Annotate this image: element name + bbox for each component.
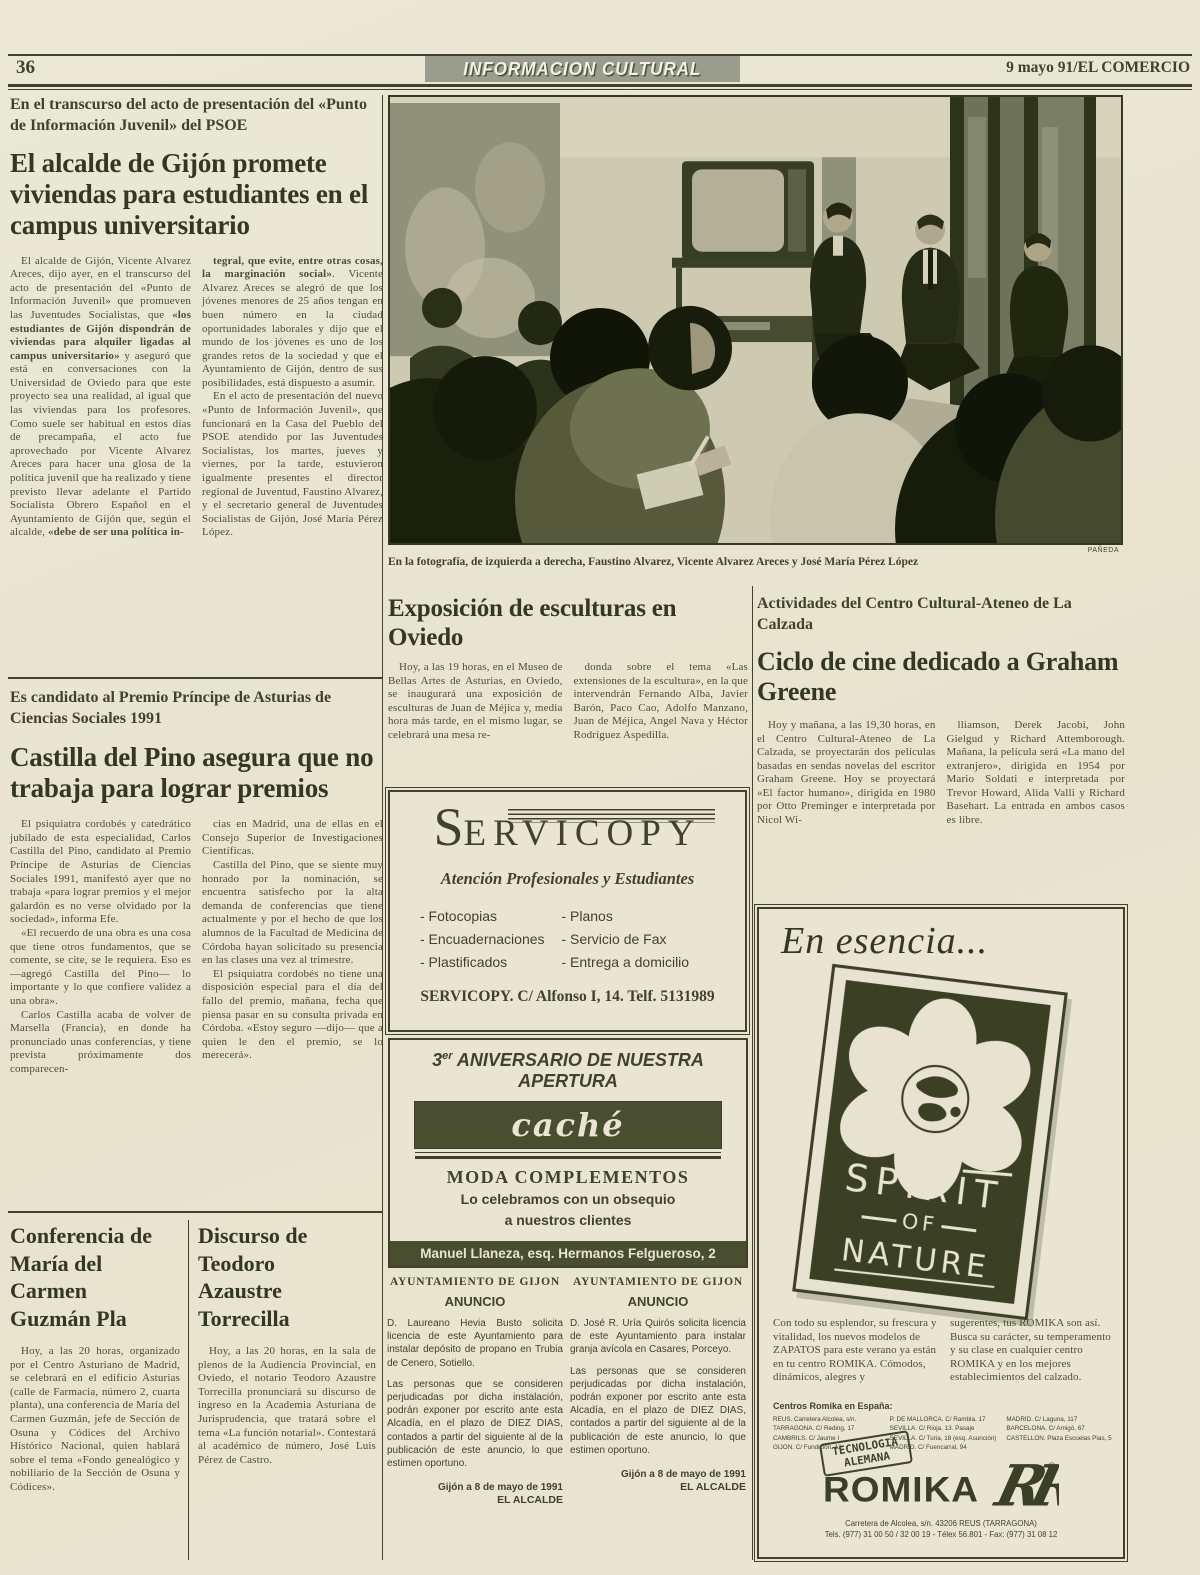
castilla-body-col2: cias en Madrid, una de ellas en el Conse… <box>202 818 383 1076</box>
romika-phones-line: Tels. (977) 31 00 50 / 32 00 19 - Télex … <box>759 1530 1123 1541</box>
cine-article: Actividades del Centro Cultural-Ateneo d… <box>757 594 1125 828</box>
cine-body-col1: Hoy y mañana, a las 19,30 horas, en el C… <box>757 719 936 828</box>
esculturas-body: Hoy, a las 19 horas, en el Museo de Bell… <box>388 661 748 743</box>
service-item: - Servicio de Fax <box>561 928 721 951</box>
cache-address-bar: Manuel Llaneza, esq. Hermanos Felgueroso… <box>390 1241 746 1266</box>
conferencia-body: Hoy, a las 20 horas, organizado por el C… <box>10 1345 180 1495</box>
card-word-of: OF <box>901 1209 940 1237</box>
notice-body: Las personas que se consideren perjudica… <box>570 1365 746 1457</box>
romika-ad: En esencia... SPIRIT OF <box>757 907 1125 1559</box>
ayuntamiento-notice-1: AYUNTAMIENTO DE GIJON ANUNCIO D. Laurean… <box>387 1276 563 1506</box>
column-rule-bottom-left <box>188 1220 189 1560</box>
newspaper-page: 36 INFORMACION CULTURAL 9 mayo 91/EL COM… <box>0 0 1200 1575</box>
center-item: MADRID. C/ Laguna, 117 <box>1006 1415 1115 1424</box>
castilla-paragraph: cias en Madrid, una de ellas en el Conse… <box>202 818 383 859</box>
lead-article: En el transcurso del acto de presentació… <box>10 95 383 540</box>
cine-kicker: Actividades del Centro Cultural-Ateneo d… <box>757 594 1125 636</box>
notice-intro: D. Laureano Hevia Busto solicita licenci… <box>387 1317 563 1370</box>
conferencia-paragraph: Hoy, a las 20 horas, organizado por el C… <box>10 1345 180 1495</box>
castilla-paragraph: Castilla del Pino, que se siente muy hon… <box>202 859 383 968</box>
romika-rr-logo-icon: RR ® <box>981 1457 1059 1514</box>
lead-paragraph: tegral, que evite, entre otras cosas, la… <box>202 255 383 391</box>
service-item: - Fotocopias <box>420 905 561 928</box>
romika-wordmark: ROMIKA <box>823 1472 979 1507</box>
servicopy-services-right: - Planos - Servicio de Fax - Entrega a d… <box>561 905 721 974</box>
notice-signer: EL ALCALDE <box>570 1481 746 1493</box>
esculturas-paragraph: donda sobre el tema «Las extensiones de … <box>574 661 749 743</box>
lead-paragraph: El alcalde de Gijón, Vicente Alvarez Are… <box>10 255 191 540</box>
cine-headline: Ciclo de cine dedicado a Graham Greene <box>757 647 1125 707</box>
page-number: 36 <box>16 57 35 79</box>
castilla-kicker: Es candidato al Premio Príncipe de Astur… <box>10 688 383 730</box>
cache-anniversary-line2: APERTURA <box>390 1071 746 1092</box>
photo-caption: En la fotografía, de izquierda a derecha… <box>388 556 1119 568</box>
notice-title: AYUNTAMIENTO DE GIJON <box>570 1276 746 1288</box>
conferencia-headline: Conferencia de María del Carmen Guzmán P… <box>10 1222 170 1332</box>
event-photo-scene-icon <box>390 97 1121 543</box>
center-item: REUS. Carretera Alcolea, s/n. <box>773 1415 882 1424</box>
cine-body: Hoy y mañana, a las 19,30 horas, en el C… <box>757 719 1125 828</box>
servicopy-logo-initial: S <box>433 797 463 857</box>
notice-signer: EL ALCALDE <box>387 1494 563 1506</box>
cine-body-col2: lliamson, Derek Jacobi, John Gielgud y R… <box>947 719 1126 828</box>
romika-centers-title: Centros Romika en España: <box>773 1401 893 1411</box>
column-rule-center <box>752 586 753 1560</box>
notice-subtitle: ANUNCIO <box>570 1294 746 1309</box>
service-item: - Planos <box>561 905 721 928</box>
cine-paragraph: lliamson, Derek Jacobi, John Gielgud y R… <box>947 719 1126 828</box>
lead-kicker: En el transcurso del acto de presentació… <box>10 95 383 137</box>
esculturas-paragraph: Hoy, a las 19 horas, en el Museo de Bell… <box>388 661 563 743</box>
romika-address-line: Carretera de Alcolea, s/n. 43206 REUS (T… <box>759 1519 1123 1530</box>
cache-moda-label: MODA COMPLEMENTOS <box>390 1167 746 1188</box>
notice-date: Gijón a 8 de mayo de 1991 <box>570 1469 746 1480</box>
discurso-article: Discurso de Teodoro Azaustre Torrecilla … <box>198 1222 376 1467</box>
lead-body-col1: El alcalde de Gijón, Vicente Alvarez Are… <box>10 255 191 540</box>
servicopy-logo-rest: ERVICOPY <box>463 813 701 854</box>
castilla-paragraph: El psiquiatra cordobés no tiene una disp… <box>202 968 383 1063</box>
esculturas-article: Exposición de esculturas en Oviedo Hoy, … <box>388 594 748 743</box>
servicopy-logo: SERVICOPY <box>390 806 745 855</box>
notice-title: AYUNTAMIENTO DE GIJON <box>387 1276 563 1288</box>
servicopy-ad: SERVICOPY Atención Profesionales y Estud… <box>388 790 747 1032</box>
cache-logo: caché <box>414 1101 722 1149</box>
esculturas-headline: Exposición de esculturas en Oviedo <box>388 594 748 652</box>
section-banner-label: INFORMACION CULTURAL <box>463 59 701 80</box>
castilla-body-col1: El psiquiatra cordobés y catedrático jub… <box>10 818 191 1076</box>
center-item: BARCELONA. C/ Amigó, 67 <box>1006 1424 1115 1433</box>
romika-logo-row: ROMIKA RR ® <box>759 1451 1123 1508</box>
cine-paragraph: Hoy y mañana, a las 19,30 horas, en el C… <box>757 719 936 828</box>
cache-promo-line1: Lo celebramos con un obsequio <box>390 1191 746 1209</box>
romika-address: Carretera de Alcolea, s/n. 43206 REUS (T… <box>759 1519 1123 1541</box>
cache-logo-underline-icon <box>415 1152 721 1159</box>
photo-credit: PAÑEDA <box>388 547 1119 554</box>
registered-mark: ® <box>1046 1460 1057 1473</box>
service-item: - Plastificados <box>420 951 561 974</box>
esculturas-body-col1: Hoy, a las 19 horas, en el Museo de Bell… <box>388 661 563 743</box>
discurso-headline: Discurso de Teodoro Azaustre Torrecilla <box>198 1222 358 1332</box>
romika-headline: En esencia... <box>781 919 1123 963</box>
servicopy-tagline: Atención Profesionales y Estudiantes <box>390 869 745 889</box>
servicopy-services: - Fotocopias - Encuadernaciones - Plasti… <box>420 905 721 974</box>
notice-subtitle: ANUNCIO <box>387 1294 563 1309</box>
lead-paragraph: En el acto de presentación del nuevo «Pu… <box>202 390 383 540</box>
section-rule-2 <box>8 1211 383 1213</box>
section-banner: INFORMACION CULTURAL <box>425 56 740 82</box>
castilla-headline: Castilla del Pino asegura que no trabaja… <box>10 742 383 805</box>
romika-body-col1: Con todo su esplendor, su frescura y vit… <box>773 1317 938 1385</box>
service-item: - Encuadernaciones <box>420 928 561 951</box>
lead-body-col2: tegral, que evite, entre otras cosas, la… <box>202 255 383 540</box>
centers-column-3: MADRID. C/ Laguna, 117 BARCELONA. C/ Ami… <box>1006 1415 1115 1453</box>
center-item: P. DE MALLORCA. C/ Rambla, 17 <box>890 1415 999 1424</box>
lead-headline: El alcalde de Gijón promete viviendas pa… <box>10 148 383 242</box>
castilla-paragraph: Carlos Castilla acaba de volver de Marse… <box>10 1009 191 1077</box>
center-item: CASTELLON. Plaza Escuelas Pías, 5 <box>1006 1434 1115 1443</box>
notice-date: Gijón a 8 de mayo de 1991 <box>387 1482 563 1493</box>
discurso-paragraph: Hoy, a las 20 horas, en la sala de pleno… <box>198 1345 376 1467</box>
notice-intro: D. José R. Uría Quirós solicita licencia… <box>570 1317 746 1357</box>
spirit-of-nature-card: SPIRIT OF NATURE <box>792 964 1068 1321</box>
lead-body: El alcalde de Gijón, Vicente Alvarez Are… <box>10 255 383 540</box>
section-rule-1 <box>8 677 383 679</box>
anniversary-ordinal: er <box>442 1050 452 1062</box>
event-photo <box>388 95 1123 545</box>
service-item: - Entrega a domicilio <box>561 951 721 974</box>
flower-globe-icon: SPIRIT OF NATURE <box>792 964 1068 1321</box>
notice-body: Las personas que se consideren perjudica… <box>387 1378 563 1470</box>
servicopy-contact: SERVICOPY. C/ Alfonso I, 14. Telf. 51319… <box>390 988 745 1006</box>
center-item: TARRAGONA. C/ Reding, 17 <box>773 1424 882 1433</box>
servicopy-services-left: - Fotocopias - Encuadernaciones - Plasti… <box>420 905 561 974</box>
castilla-paragraph: El psiquiatra cordobés y catedrático jub… <box>10 818 191 927</box>
discurso-body: Hoy, a las 20 horas, en la sala de pleno… <box>198 1345 376 1467</box>
cache-logo-script: caché <box>511 1106 624 1144</box>
romika-body: Con todo su esplendor, su frescura y vit… <box>773 1317 1115 1385</box>
esculturas-body-col2: donda sobre el tema «Las extensiones de … <box>574 661 749 743</box>
romika-body-col2: sugerentes, tus ROMIKA son así. Busca su… <box>950 1317 1115 1385</box>
castilla-paragraph: «El recuerdo de una obra es una cosa que… <box>10 927 191 1009</box>
cache-ad: 3er ANIVERSARIO DE NUESTRA APERTURA cach… <box>388 1038 748 1268</box>
masthead-date: 9 mayo 91/EL COMERCIO <box>1006 59 1190 77</box>
conferencia-article: Conferencia de María del Carmen Guzmán P… <box>10 1222 180 1495</box>
cache-anniversary-line1: 3er ANIVERSARIO DE NUESTRA <box>390 1050 746 1071</box>
cache-promo-line2: a nuestros clientes <box>390 1212 746 1230</box>
castilla-body: El psiquiatra cordobés y catedrático jub… <box>10 818 383 1076</box>
ayuntamiento-notice-2: AYUNTAMIENTO DE GIJON ANUNCIO D. José R.… <box>570 1276 746 1493</box>
header-double-rule <box>8 84 1192 90</box>
castilla-article: Es candidato al Premio Príncipe de Astur… <box>10 688 383 1077</box>
anniversary-number: 3 <box>432 1050 442 1070</box>
anniversary-text: ANIVERSARIO DE NUESTRA <box>453 1050 704 1070</box>
